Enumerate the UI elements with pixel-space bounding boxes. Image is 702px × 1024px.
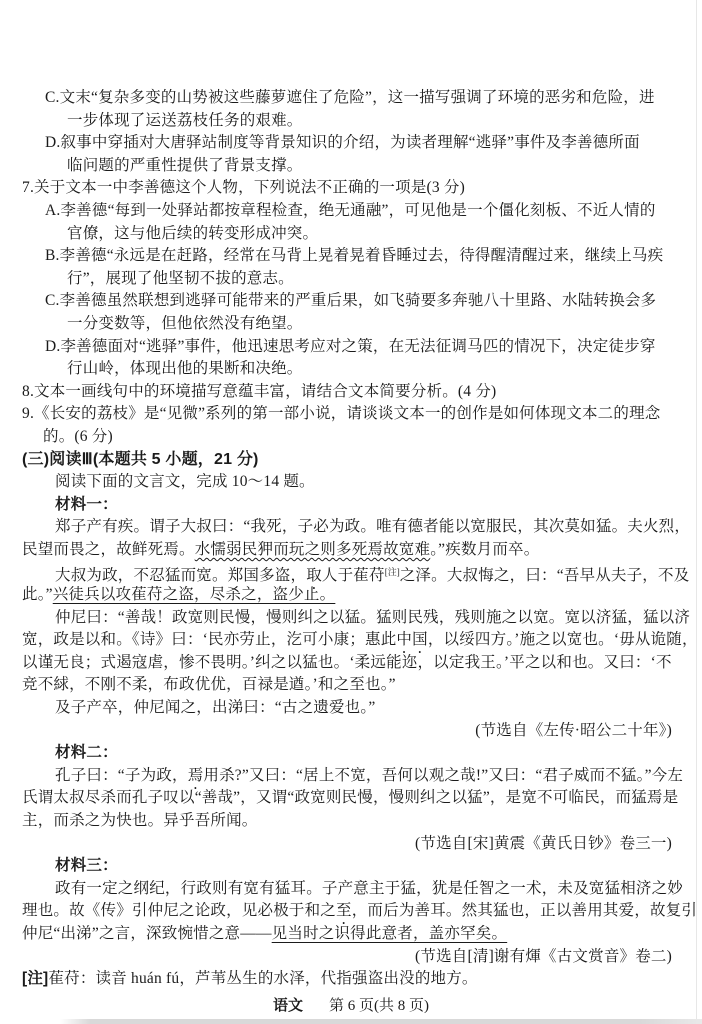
text-segment: C.文末“复杂多变的山势被这些藤萝遮住了危险”，这一描写强调了环境的恶劣和危险，… (45, 89, 655, 106)
text-segment: 行山岭，体现出他的果断和决绝。 (67, 360, 303, 377)
option-7b-line1: B.李善德“永远是在赶路，经常在马背上晃着晃着昏睡过去，待得醒清醒过来，继续上马… (0, 245, 702, 268)
material-2-line2: 氏谓太叔尽杀而孔子叹以“善哉”，又谓“政宽则民慢，慢则纠之以猛”，是宽不可临民，… (0, 787, 702, 810)
material-1-line8: 竞不絿，不刚不柔，布政优优，百禄是遒。’和之至也。” (0, 674, 702, 697)
text-segment: 材料二： (55, 744, 118, 761)
option-7c-line2: 一分变数等，但他依然没有绝望。 (0, 313, 702, 336)
footnote: [注]萑苻：读音 huán fú，芦苇丛生的水泽，代指强盗出没的地方。 (0, 968, 702, 991)
question-9-line1: 9.《长安的荔枝》是“见微”系列的第一部小说，请谈谈文本一的创作是如何体现文本二… (0, 403, 702, 426)
material-2-source: (节选自[宋]黄震《黄氏日钞》卷三一) (0, 833, 702, 856)
material-1-line6: 宽，政是以和。《诗》曰：‘民亦劳止，汔可小康；惠此中国，以绥四方。’施之以宽也。… (0, 629, 702, 652)
material-1-line2: 民望而畏之，故鲜死焉。水懦弱民狎而玩之则多死焉故宽难。”疾数月而卒。 (0, 539, 702, 562)
text-segment: 阅读下面的文言文，完成 10～14 题。 (55, 473, 315, 490)
material-2-line1: 孔子曰：“子为政，焉用杀?”又曰：“居上不宽，吾何以观之哉!”又曰：“君子威而不… (0, 765, 702, 788)
option-6d-line2: 临问题的严重性提供了背景支撑。 (0, 155, 702, 178)
option-7a-line2: 官僚，这与他后续的转变形成冲突。 (0, 223, 702, 246)
option-7d-line2: 行山岭，体现出他的果断和决绝。 (0, 358, 702, 381)
material-3-source: (节选自[清]谢有煇《古文赏音》卷二) (0, 946, 702, 969)
page-footer: 语文第 6 页(共 8 页) (0, 994, 702, 1015)
text-segment: 材料三： (55, 857, 118, 874)
text-segment: 人于萑苻 (322, 567, 385, 584)
note-ref-superscript: [注] (385, 567, 400, 577)
material-1-line4: 此。”兴徒兵以攻萑苻之盗，尽杀之，盗少止。 (0, 584, 702, 607)
material-1-line5: 仲尼曰：“善哉！政宽则民慢，慢则纠之以猛。猛则民残，残则施之以宽。宽以济猛，猛以… (0, 607, 702, 630)
text-segment: 仲尼“出涕”之言，深致惋惜之意—— (22, 925, 272, 942)
exam-page: C.文末“复杂多变的山势被这些藤萝遮住了危险”，这一描写强调了环境的恶劣和危险，… (0, 0, 702, 1024)
text-segment: 主，而杀之为快也。异乎吾所闻。 (22, 812, 258, 829)
text-segment: B.李善德“永远是在赶路，经常在马背上晃着晃着昏睡过去，待得醒清醒过来，继续上马… (45, 247, 663, 264)
text-segment: 政有一定之纲纪，行政则有宽有猛耳。子产意主于猛，犹是任智之一术，未及宽猛相济之妙 (55, 880, 683, 897)
text-segment: 氏谓太叔尽杀而孔子叹以“善哉”，又谓“政宽则民慢，慢则纠之以猛”，是宽不可临民，… (22, 789, 678, 806)
text-segment: 萑苻：读音 huán fú，芦苇丛生的水泽，代指强盗出没的地方。 (48, 970, 477, 987)
text-segment: 7.关于文本一中李善德这个人物，下列说法不正确的一项是(3 分) (22, 179, 465, 196)
text-segment: 之泽。大叔悔之，曰：“吾早从夫子，不及 (400, 567, 690, 584)
material-1-line7: 以谨无良；式遏寇虐，惨不畏明。’纠之以猛也。‘柔远能迩，以定我王。’平之以和也。… (0, 652, 702, 675)
reading-instruction: 阅读下面的文言文，完成 10～14 题。 (0, 471, 702, 494)
option-7a-line1: A.李善德“每到一处驿站都按章程检查，绝无通融”，可见他是一个僵化刻板、不近人情… (0, 200, 702, 223)
text-segment: 大叔为政，不忍猛而宽。郑国多盗， (55, 567, 306, 584)
material-1-source: (节选自《左传·昭公二十年》) (0, 720, 702, 743)
question-7: 7.关于文本一中李善德这个人物，下列说法不正确的一项是(3 分) (0, 177, 702, 200)
text-segment: ，以绥四方。’施之以宽也。‘毋从诡随， (428, 631, 698, 648)
text-segment: 材料一： (55, 496, 118, 513)
text-segment: D.李善德面对“逃驿”事件，他迅速思考应对之策，在无法征调马匹的情况下，决定徒步… (45, 338, 656, 355)
text-segment: [注] (22, 970, 48, 987)
text-segment: (节选自[清]谢有煇《古文赏音》卷二) (415, 948, 672, 965)
material-1-line1: 郑子产有疾。谓子大叔曰：“我死，子必为政。唯有德者能以宽服民，其次莫如猛。夫火烈… (0, 516, 702, 539)
text-segment: 至 (336, 902, 352, 919)
material-3-line2: 理也。故《传》引仲尼之论政，见必极于和之至，而后为善耳。然其猛也，正以善用其爱，… (0, 900, 702, 923)
text-segment: (节选自《左传·昭公二十年》) (475, 722, 672, 739)
text-segment: 。”疾数月而卒。 (430, 541, 539, 558)
material-3-heading: 材料三： (0, 855, 702, 878)
option-6c-line2: 一步体现了运送荔枝任务的艰难。 (0, 110, 702, 133)
text-segment: 一步体现了运送荔枝任务的艰难。 (67, 112, 303, 129)
material-1-heading: 材料一： (0, 494, 702, 517)
scan-edge-bottom (0, 1019, 702, 1024)
material-3-line1: 政有一定之纲纪，行政则有宽有猛耳。子产意主于猛，犹是任智之一术，未及宽猛相济之妙 (0, 878, 702, 901)
option-7c-line1: C.李善德虽然联想到逃驿可能带来的严重后果，如飞骑要多奔驰八十里路、水陆转换会多 (0, 290, 702, 313)
text-segment: 及子产卒，仲尼闻之，出涕曰：“古之遗爱也。” (55, 699, 375, 716)
material-2-line3: 主，而杀之为快也。异乎吾所闻。 (0, 810, 702, 833)
text-segment: 一分变数等，但他依然没有绝望。 (67, 315, 303, 332)
text-segment: 用杀?”又曰：“居上不宽，吾何以观之哉!”又曰：“君子威而不猛。”今左 (203, 767, 683, 784)
text-segment: 取 (306, 567, 322, 584)
material-1-line3: 大叔为政，不忍猛而宽。郑国多盗，取人于萑苻[注]之泽。大叔悔之，曰：“吾早从夫子… (0, 561, 702, 584)
text-segment: 9.《长安的荔枝》是“见微”系列的第一部小说，请谈谈文本一的创作是如何体现文本二… (22, 405, 661, 422)
material-1-line9: 及子产卒，仲尼闻之，出涕曰：“古之遗爱也。” (0, 697, 702, 720)
text-segment: A.李善德“每到一处驿站都按章程检查，绝无通融”，可见他是一个僵化刻板、不近人情… (45, 202, 656, 219)
document-body: C.文末“复杂多变的山势被这些藤萝遮住了危险”，这一描写强调了环境的恶劣和危险，… (0, 87, 702, 991)
section-3-header: (三)阅读Ⅲ(本题共 5 小题，21 分) (0, 449, 702, 472)
text-segment: 见当时之识得此意者，盖亦罕矣。 (272, 925, 508, 942)
text-segment: (三)阅读Ⅲ(本题共 5 小题，21 分) (22, 451, 259, 468)
text-segment: D.叙事中穿插对大唐驿站制度等背景知识的介绍，为读者理解“逃驿”事件及李善德所面 (45, 134, 640, 151)
text-segment: 焉 (188, 767, 204, 784)
text-segment: 官僚，这与他后续的转变形成冲突。 (67, 225, 318, 242)
footer-subject: 语文 (273, 997, 303, 1014)
text-segment: 的。(6 分) (43, 428, 113, 445)
text-segment: (节选自[宋]黄震《黄氏日钞》卷三一) (415, 835, 672, 852)
text-segment: 此。” (22, 586, 53, 603)
text-segment: 以谨无良；式遏寇虐，惨不畏明。’纠之以猛也。‘柔远能迩，以定我王。’平之以和也。… (22, 654, 672, 671)
text-segment: 理也。故《传》引仲尼之论政，见必极于和之 (22, 902, 336, 919)
footer-page-number: 第 6 页(共 8 页) (329, 998, 429, 1014)
text-segment: 行”，展现了他坚韧不拔的意志。 (67, 270, 294, 287)
option-7d-line1: D.李善德面对“逃驿”事件，他迅速思考应对之策，在无法征调马匹的情况下，决定徒步… (0, 336, 702, 359)
text-segment: 临问题的严重性提供了背景支撑。 (67, 157, 303, 174)
text-segment: 竞不絿，不刚不柔，布政优优，百禄是遒。’和之至也。” (22, 676, 396, 693)
text-segment: 中国 (396, 631, 427, 648)
text-segment: 仲尼曰：“善哉！政宽则民慢，慢则纠之以猛。猛则民残，残则施之以宽。宽以济猛，猛以… (55, 609, 690, 626)
material-2-heading: 材料二： (0, 742, 702, 765)
scan-edge-right (696, 0, 697, 1024)
text-segment: ，而后为善耳。然其猛也，正以善用其爱，故复引 (352, 902, 697, 919)
text-segment: 民望而畏之，故鲜死焉。 (22, 541, 195, 558)
text-segment: 宽，政是以和。《诗》曰：‘民亦劳止，汔可小康；惠此 (22, 631, 396, 648)
question-9-line2: 的。(6 分) (0, 426, 702, 449)
option-6c-line1: C.文末“复杂多变的山势被这些藤萝遮住了危险”，这一描写强调了环境的恶劣和危险，… (0, 87, 702, 110)
material-3-line3: 仲尼“出涕”之言，深致惋惜之意——见当时之识得此意者，盖亦罕矣。 (0, 923, 702, 946)
text-segment: 8.文本一画线句中的环境描写意蕴丰富，请结合文本简要分析。(4 分) (22, 383, 496, 400)
text-segment: 孔子曰：“子为政， (55, 767, 188, 784)
text-segment: C.李善德虽然联想到逃驿可能带来的严重后果，如飞骑要多奔驰八十里路、水陆转换会多 (45, 292, 656, 309)
option-6d-line1: D.叙事中穿插对大唐驿站制度等背景知识的介绍，为读者理解“逃驿”事件及李善德所面 (0, 132, 702, 155)
question-8: 8.文本一画线句中的环境描写意蕴丰富，请结合文本简要分析。(4 分) (0, 381, 702, 404)
text-segment: 水懦弱民狎而玩之则多死焉故宽难 (195, 541, 431, 558)
option-7b-line2: 行”，展现了他坚韧不拔的意志。 (0, 268, 702, 291)
text-segment: 郑子产有疾。谓子大叔曰：“我死，子必为政。唯有德者能以宽服民，其次莫如猛。夫火烈… (55, 518, 690, 535)
text-segment: 兴徒兵以攻萑苻之盗，尽杀之，盗少止。 (53, 586, 336, 603)
